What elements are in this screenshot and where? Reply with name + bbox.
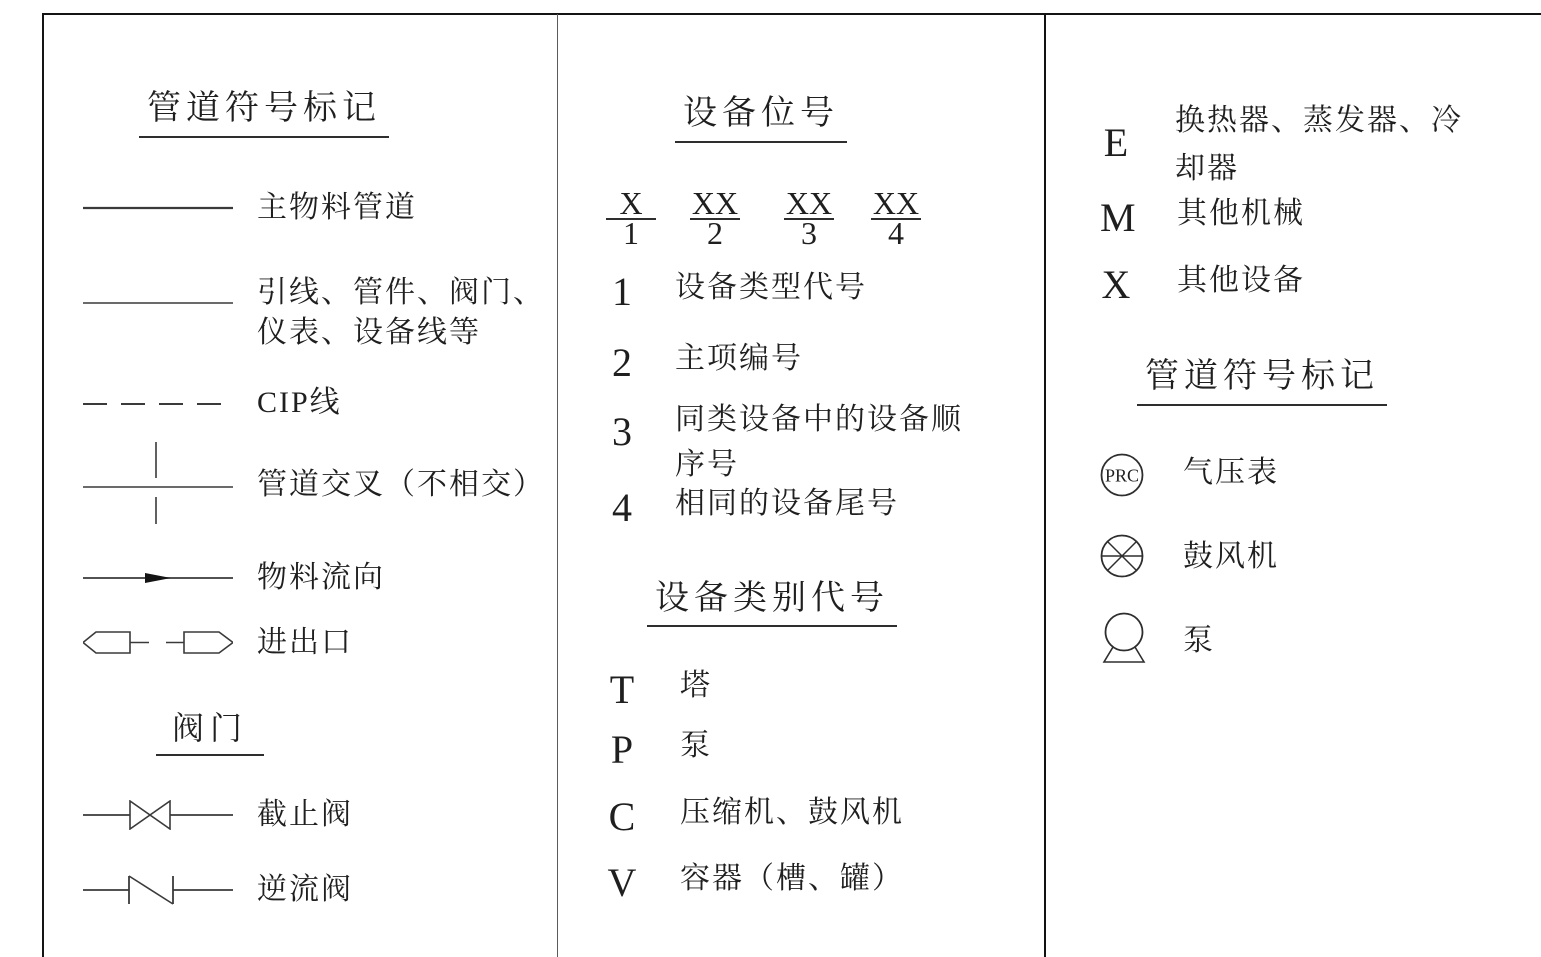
item-1-number: 1 bbox=[605, 272, 639, 312]
blower-label: 鼓风机 bbox=[1183, 537, 1279, 577]
inlet-outlet-symbol bbox=[83, 631, 233, 654]
lead-line-label-line2: 仪表、设备线等 bbox=[257, 313, 545, 353]
lead-line-symbol bbox=[83, 299, 233, 307]
pump-icon bbox=[1101, 612, 1147, 664]
main-pipeline-line-symbol bbox=[83, 204, 233, 212]
right-text-M: 其他机械 bbox=[1177, 194, 1305, 234]
right-text-E-line1: 换热器、蒸发器、冷 bbox=[1175, 97, 1463, 145]
category-text-P: 泵 bbox=[680, 726, 712, 766]
category-text-C: 压缩机、鼓风机 bbox=[680, 793, 904, 833]
category-code-V: V bbox=[605, 863, 639, 903]
flow-direction-label: 物料流向 bbox=[257, 558, 385, 598]
lead-line-label-line1: 引线、管件、阀门、 bbox=[257, 273, 545, 313]
right-text-E: 换热器、蒸发器、冷 却器 bbox=[1175, 97, 1463, 193]
tag-group-1: X 1 bbox=[606, 189, 656, 247]
tag-group-3: XX 3 bbox=[784, 189, 834, 247]
check-valve-symbol bbox=[83, 875, 233, 905]
right-text-E-line2: 却器 bbox=[1175, 145, 1463, 193]
globe-valve-label: 截止阀 bbox=[257, 795, 353, 835]
right-text-X: 其他设备 bbox=[1177, 261, 1305, 301]
right-code-E: E bbox=[1100, 123, 1132, 163]
item-4-number: 4 bbox=[605, 488, 639, 528]
item-4-text: 相同的设备尾号 bbox=[675, 484, 899, 524]
category-code-T: T bbox=[605, 670, 639, 710]
item-2-text: 主项编号 bbox=[675, 339, 803, 379]
pipe-crossing-symbol bbox=[83, 440, 233, 525]
main-pipeline-label: 主物料管道 bbox=[257, 188, 417, 228]
pipe-crossing-label: 管道交叉（不相交） bbox=[257, 465, 545, 505]
item-3-text-line2: 序号 bbox=[675, 442, 963, 487]
left-section-title: 管道符号标记 bbox=[139, 90, 389, 138]
right-code-M: M bbox=[1100, 198, 1132, 238]
pressure-gauge-text: PRC bbox=[1105, 466, 1139, 486]
pressure-gauge-label: 气压表 bbox=[1183, 453, 1279, 493]
lead-line-label: 引线、管件、阀门、 仪表、设备线等 bbox=[257, 273, 545, 353]
tag-group-2-bottom: 2 bbox=[690, 219, 740, 247]
column-divider-2 bbox=[1044, 14, 1046, 957]
item-3-number: 3 bbox=[605, 412, 639, 452]
pressure-gauge-icon: PRC bbox=[1100, 453, 1144, 497]
column-divider-1 bbox=[557, 14, 558, 957]
valves-subtitle: 阀门 bbox=[156, 710, 264, 756]
tag-group-2: XX 2 bbox=[690, 189, 740, 247]
item-1-text: 设备类型代号 bbox=[675, 268, 867, 308]
cip-dashed-line-symbol bbox=[83, 400, 233, 408]
flow-direction-symbol bbox=[83, 571, 233, 585]
category-text-V: 容器（槽、罐） bbox=[680, 859, 904, 899]
tag-group-4-bottom: 4 bbox=[871, 219, 921, 247]
pump-label: 泵 bbox=[1183, 621, 1215, 661]
category-code-P: P bbox=[605, 730, 639, 770]
right-section-title: 管道符号标记 bbox=[1137, 358, 1387, 406]
check-valve-label: 逆流阀 bbox=[257, 870, 353, 910]
right-code-X: X bbox=[1100, 265, 1132, 305]
pid-legend-sheet: 管道符号标记 主物料管道 引线、管件、阀门、 仪表、设备线等 CIP线 管道交叉… bbox=[0, 0, 1541, 957]
inlet-outlet-label: 进出口 bbox=[257, 623, 353, 663]
item-2-number: 2 bbox=[605, 343, 639, 383]
tag-group-1-bottom: 1 bbox=[606, 219, 656, 247]
category-subtitle: 设备类别代号 bbox=[647, 580, 897, 627]
category-code-C: C bbox=[605, 797, 639, 837]
tag-group-3-bottom: 3 bbox=[784, 219, 834, 247]
frame-top-border bbox=[42, 13, 1541, 15]
frame-left-border bbox=[42, 13, 44, 957]
middle-section-title: 设备位号 bbox=[675, 95, 847, 143]
tag-group-4: XX 4 bbox=[871, 189, 921, 247]
globe-valve-symbol bbox=[83, 800, 233, 830]
blower-icon bbox=[1100, 534, 1144, 578]
item-3-text-line1: 同类设备中的设备顺 bbox=[675, 397, 963, 442]
cip-line-label: CIP线 bbox=[257, 383, 342, 423]
category-text-T: 塔 bbox=[680, 666, 712, 706]
item-3-text: 同类设备中的设备顺 序号 bbox=[675, 397, 963, 487]
